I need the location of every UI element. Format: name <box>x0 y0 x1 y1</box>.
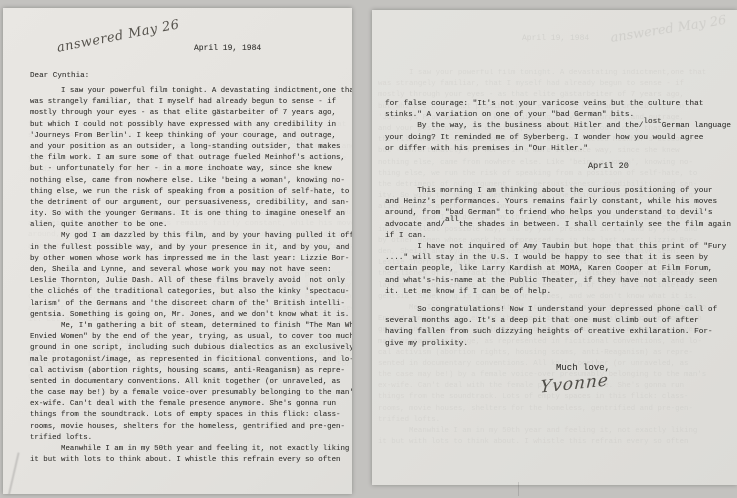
typed-line: several months ago. It's a deep pit that… <box>385 316 717 327</box>
date-line: April 19, 1984 <box>194 44 261 53</box>
typed-line: I have not inquired of Amy Taubin but ho… <box>385 242 726 253</box>
typed-line: ity. So with the younger Germans. It is … <box>30 209 352 220</box>
typed-line: in the fullest possible way, and by your… <box>30 243 352 254</box>
typed-line: nothing else, came from nowhere else. Li… <box>30 176 352 187</box>
typed-line: ground in one script, including such dub… <box>30 343 352 354</box>
typed-line: Meanwhile I am in my 50th year and feeli… <box>378 426 706 437</box>
crease-mark <box>518 482 519 496</box>
salutation: Dear Cynthia: <box>30 72 89 80</box>
typed-line: was strangely familiar, that I myself ha… <box>378 79 706 90</box>
ghost-annotation: answered May 26 <box>610 13 728 46</box>
handwritten-annotation: answered May 26 <box>56 17 181 55</box>
typed-line: I saw your powerful film tonight. A deva… <box>30 86 352 97</box>
typed-line: Me, I'm gathering a bit of steam, determ… <box>30 321 352 332</box>
typed-line: ...." will stay in the U.S. I would be h… <box>385 253 726 264</box>
typed-line: it but with lots to think about. I whist… <box>30 455 352 466</box>
letter-body-block-4: So congratulations! Now I understand you… <box>385 305 717 350</box>
typed-line: alien, quite another to be one. <box>30 220 352 231</box>
typed-line: for false courage: "It's not your varico… <box>385 99 731 110</box>
typed-line: the film work. I am sure some of that ou… <box>30 153 352 164</box>
typed-line: trified lofts. <box>378 415 706 426</box>
crease-mark <box>6 452 19 494</box>
typed-line: give my prolixity. <box>385 339 717 350</box>
typed-line: thing else, we run the risk of speaking … <box>30 187 352 198</box>
typed-line: larism' of the Germans and 'the discreet… <box>30 299 352 310</box>
typed-line: 'Journeys From Berlin'. I keep thinking … <box>30 131 352 142</box>
letter-body-block-1: for false courage: "It's not your varico… <box>385 99 731 155</box>
letter-page-2: answered May 26 April 19, 1984 I saw you… <box>372 10 737 485</box>
typed-line: male protagonist/image, as represented i… <box>30 355 352 366</box>
typed-line: rooms, movie houses, shelters for the ho… <box>378 404 706 415</box>
typed-line: sented in documentary conventions. All k… <box>30 377 352 388</box>
typed-line: it but with lots to think about. I whist… <box>378 437 706 448</box>
typed-line: Leslie Thornton, Julie Dash. All of thes… <box>30 276 352 287</box>
typed-line: the clichés of the traditional categorie… <box>30 287 352 298</box>
typed-line: Meanwhile I am in my 50th year and feeli… <box>30 444 352 455</box>
typed-line: nothing else, came from nowhere else. Li… <box>378 158 706 169</box>
typed-line: My god I am dazzled by this film, and by… <box>30 231 352 242</box>
typed-line: certain people, like Larry Kardish at MO… <box>385 264 726 275</box>
interlinear-insertion: all <box>445 216 459 224</box>
letter-body-block-2: This morning I am thinking about the cur… <box>385 186 731 242</box>
typed-line: but which I could not possibly have expr… <box>30 120 352 131</box>
typed-line: By the way, is the business about Hitler… <box>385 121 731 132</box>
typed-line: and your position as an outsider, a long… <box>30 142 352 153</box>
typed-line: I saw your powerful film tonight. A deva… <box>378 68 706 79</box>
typed-line: thing else, we run the risk of speaking … <box>378 169 706 180</box>
scanned-letter: for false courage: "It's not your varico… <box>0 0 737 498</box>
typed-line: Envied Women" by the end of the year, tr… <box>30 332 352 343</box>
typed-line: and what's-his-name at the Public Theate… <box>385 276 726 287</box>
interlinear-insertion: lost <box>643 118 661 126</box>
typed-line: sented in documentary conventions. All k… <box>378 359 706 370</box>
typed-line: ex-wife. Can't deal with the female pres… <box>30 399 352 410</box>
typed-line: rooms, movie houses, shelters for the ho… <box>30 422 352 433</box>
letter-page-1: for false courage: "It's not your varico… <box>3 8 352 494</box>
letter-body-page-1: I saw your powerful film tonight. A deva… <box>30 86 352 466</box>
typed-line: or differ with his premises in "Our Hitl… <box>385 144 731 155</box>
typed-line: things from the soundtrack. Lots of empt… <box>30 410 352 421</box>
typed-line: mostly through your eyes - as that elite… <box>30 108 352 119</box>
typed-line: and Heinz's performances. Yours remains … <box>385 197 731 208</box>
typed-line: around, from "bad German" to friend who … <box>385 208 731 219</box>
typed-line: having fallen from such dizzying heights… <box>385 327 717 338</box>
typed-line: by other women whose work has impressed … <box>30 254 352 265</box>
typed-line: trified lofts. <box>30 433 352 444</box>
typed-line: your doing? It reminded me of Syberberg.… <box>385 133 731 144</box>
typed-line: the case may be!) by a female voice-over… <box>30 388 352 399</box>
typed-line: was strangely familiar, that I myself ha… <box>30 97 352 108</box>
handwritten-signature: Yvonne <box>539 370 609 397</box>
typed-line: This morning I am thinking about the cur… <box>385 186 731 197</box>
typed-line: den, Sheila and Lynne, and several whose… <box>30 265 352 276</box>
typed-line: cal activism (abortion rights, housing s… <box>30 366 352 377</box>
typed-line: but - unfortunately for her - in a more … <box>30 164 352 175</box>
typed-line: if I can. <box>385 231 731 242</box>
typed-line: the detriment of our argument, our persu… <box>30 198 352 209</box>
ghost-date: April 19, 1984 <box>522 34 589 43</box>
typed-line: advocate and/allthe shades in between. I… <box>385 220 731 231</box>
typed-line: gentsia. Something is going on, Mr. Jone… <box>30 310 352 321</box>
date-heading: April 20 <box>588 161 629 171</box>
letter-body-block-3: I have not inquired of Amy Taubin but ho… <box>385 242 726 298</box>
typed-line: So congratulations! Now I understand you… <box>385 305 717 316</box>
typed-line: stinks." A variation on one of your "bad… <box>385 110 731 121</box>
typed-line: it. Let me know if I can be of help. <box>385 287 726 298</box>
